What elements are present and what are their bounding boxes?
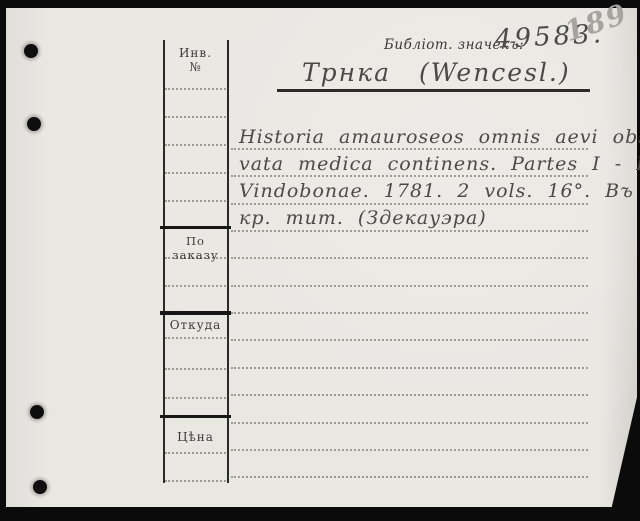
punch-hole [27,117,41,131]
dotted-line [231,285,588,287]
dotted-line [165,368,226,370]
dotted-line [165,452,226,454]
author-heading: Трнка(Wencesl.) [302,58,571,87]
dotted-line [231,422,588,424]
entry-line: Historia amauroseos omnis aevi obser- [239,126,640,148]
price-label: Цѣна [163,430,228,444]
dotted-line [165,337,226,339]
section-separator [160,311,231,315]
inventory-label-line1: Инв. [163,46,228,60]
section-separator [160,226,231,229]
dotted-line [231,230,588,232]
dotted-line [165,172,226,174]
dotted-line [231,367,588,369]
origin-label: Откуда [163,318,228,332]
dotted-line [231,449,588,451]
entry-line: vata medica continens. Partes I - II [239,153,640,175]
author-heading-underline [277,89,590,92]
dotted-line [231,312,588,314]
author-forename: (Wencesl.) [419,58,571,87]
punch-hole [33,480,47,494]
dotted-line [231,175,588,177]
dotted-line [165,200,226,202]
dotted-line [165,397,226,399]
entry-line: Vindobonae. 1781. 2 vols. 16°. Въ папкѣ, [239,180,640,202]
dotted-line [165,480,226,482]
dotted-line [231,476,588,478]
order-label: По заказу [163,234,228,262]
inventory-label-line2: № [163,60,228,74]
dotted-line [165,144,226,146]
section-separator [160,415,231,418]
dotted-line [231,394,588,396]
dotted-line [165,116,226,118]
dotted-line [231,203,588,205]
scanned-catalog-card: Инв. № По заказу Откуда Цѣна Библіот. зн… [0,0,640,521]
dotted-line [165,88,226,90]
entry-line: кр. тит. (Здекауэра) [239,207,487,229]
punch-hole [30,405,44,419]
dotted-line [231,339,588,341]
punch-hole [24,44,38,58]
inventory-number-label: Инв. № [163,46,228,74]
dotted-line [231,148,588,150]
author-surname: Трнка [302,58,391,87]
dotted-line [165,285,226,287]
dotted-line [231,257,588,259]
